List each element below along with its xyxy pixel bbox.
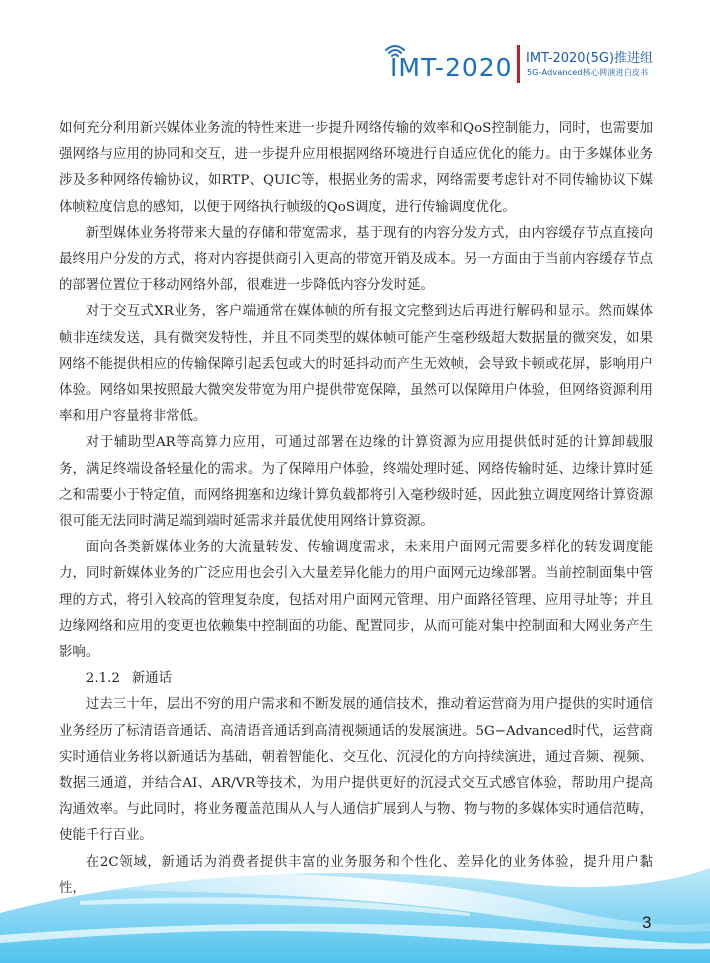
paragraph: 如何充分利用新兴媒体业务流的特性来进一步提升网络传输的效率和QoS控制能力，同时… [59,116,653,221]
document-body: 如何充分利用新兴媒体业务流的特性来进一步提升网络传输的效率和QoS控制能力，同时… [59,116,653,902]
section-number: 2.1.2 [86,671,120,686]
header-title: IMT-2020(5G)推进组 [526,47,653,66]
page-header: IMT-2020 IMT-2020(5G)推进组 5G-Advanced核心网演… [378,40,698,90]
footer-wave-decoration [0,853,710,963]
paragraph: 面向各类新媒体业务的大流量转发、传输调度需求，未来用户面网元需要多样化的转发调度… [59,535,653,666]
page-number: 3 [642,913,651,933]
section-heading: 2.1.2新通话 [59,666,653,692]
imt2020-logo: IMT-2020 [378,40,513,86]
header-divider [517,45,520,83]
paragraph: 新型媒体业务将带来大量的存储和带宽需求，基于现有的内容分发方式，由内容缓存节点直… [59,221,653,300]
header-subtitle: 5G-Advanced核心网演进白皮书 [527,67,648,78]
section-title: 新通话 [132,671,172,686]
paragraph: 对于交互式XR业务，客户端通常在媒体帧的所有报文完整到达后再进行解码和显示。然而… [59,299,653,430]
paragraph: 对于辅助型AR等高算力应用，可通过部署在边缘的计算资源为应用提供低时延的计算卸载… [59,430,653,535]
paragraph: 过去三十年，层出不穷的用户需求和不断发展的通信技术，推动着运营商为用户提供的实时… [59,692,653,849]
logo-text: IMT-2020 [390,53,513,82]
